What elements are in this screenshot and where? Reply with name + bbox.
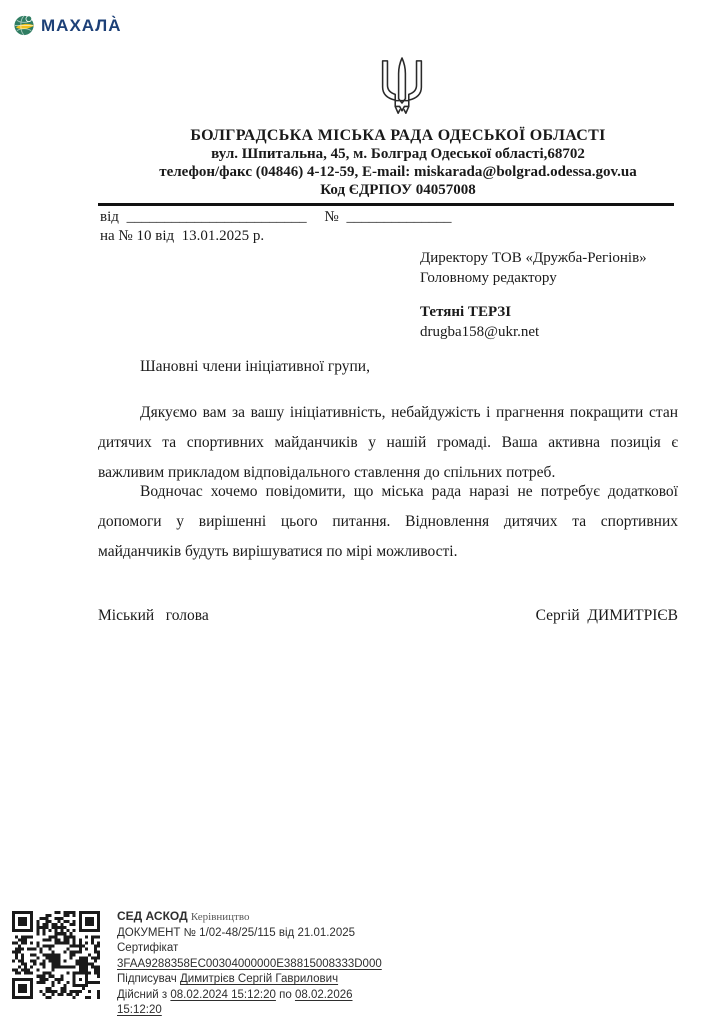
esignature-system-line: СЕД АСКОД Керівництво (117, 909, 382, 926)
recipient-position-2: Головному редактору (420, 268, 647, 288)
brand-name: МАХАЛА̀ (41, 16, 121, 36)
recipient-email: drugba158@ukr.net (420, 322, 647, 342)
recipient-block: Директору ТОВ «Дружба-Регіонів» Головном… (420, 248, 647, 342)
outgoing-number-line: від ________________________ № _________… (100, 208, 451, 227)
body-paragraph-2: Водночас хочемо повідомити, що міська ра… (98, 477, 678, 567)
ukraine-trident-emblem-icon (371, 56, 433, 122)
signer-label: Підписувач (117, 973, 177, 985)
org-edrpou-code: Код ЄДРПОУ 04057008 (98, 181, 698, 199)
certificate-label: Сертифікат (117, 941, 382, 957)
signer-title: Міський голова (98, 607, 209, 625)
esignature-details: СЕД АСКОД Керівництво ДОКУМЕНТ № 1/02-48… (117, 903, 382, 1019)
esignature-system-suffix: Керівництво (191, 911, 250, 923)
esignature-document-number: ДОКУМЕНТ № 1/02-48/25/115 від 21.01.2025 (117, 926, 382, 942)
esignature-stamp: СЕД АСКОД Керівництво ДОКУМЕНТ № 1/02-48… (12, 903, 382, 1019)
letterhead: БОЛГРАДСЬКА МІСЬКА РАДА ОДЕСЬКОЇ ОБЛАСТІ… (98, 126, 698, 199)
valid-to-label: по (279, 989, 292, 1001)
valid-label: Дійсний з (117, 989, 167, 1001)
esignature-system: СЕД АСКОД (117, 909, 188, 923)
org-name: БОЛГРАДСЬКА МІСЬКА РАДА ОДЕСЬКОЇ ОБЛАСТІ (98, 126, 698, 145)
salutation: Шановні члени ініціативної групи, (98, 358, 676, 376)
number-blank: ______________ (346, 209, 451, 225)
valid-to-time: 15:12:20 (117, 1003, 382, 1019)
brand-logo: МАХАЛА̀ (13, 14, 121, 37)
signer-full-name: Сергій ДИМИТРІЄВ (536, 607, 678, 625)
number-label: № (324, 209, 338, 225)
letterhead-divider (98, 203, 674, 206)
certificate-number: 3FAA9288358EC00304000000E38815008333D000 (117, 957, 382, 973)
org-address: вул. Шпитальна, 45, м. Болград Одеської … (98, 145, 698, 163)
signature-row: Міський голова Сергій ДИМИТРІЄВ (98, 607, 678, 625)
validity-line: Дійсний з 08.02.2024 15:12:20 по 08.02.2… (117, 988, 382, 1004)
reply-to-line: на № 10 від 13.01.2025 р. (100, 227, 451, 246)
signer-line: Підписувач Димитрієв Сергій Гаврилович (117, 972, 382, 988)
from-label: від (100, 209, 119, 225)
reference-block: від ________________________ № _________… (100, 208, 451, 246)
qr-code-icon (12, 911, 100, 999)
globe-icon (13, 14, 36, 37)
org-contacts: телефон/факс (04846) 4-12-59, E-mail: mi… (98, 163, 698, 181)
valid-from-datetime: 08.02.2024 15:12:20 (170, 989, 276, 1001)
recipient-name: Тетяні ТЕРЗІ (420, 302, 647, 322)
document-page: МАХАЛА̀ БОЛГРАДСЬКА МІСЬКА РАДА ОДЕСЬКОЇ… (0, 0, 721, 1024)
esignature-signer-name: Димитрієв Сергій Гаврилович (180, 973, 338, 985)
from-blank: ________________________ (127, 209, 307, 225)
body-paragraph-1: Дякуємо вам за вашу ініціативність, неба… (98, 398, 678, 488)
recipient-position-1: Директору ТОВ «Дружба-Регіонів» (420, 248, 647, 268)
valid-to-date: 08.02.2026 (295, 989, 353, 1001)
